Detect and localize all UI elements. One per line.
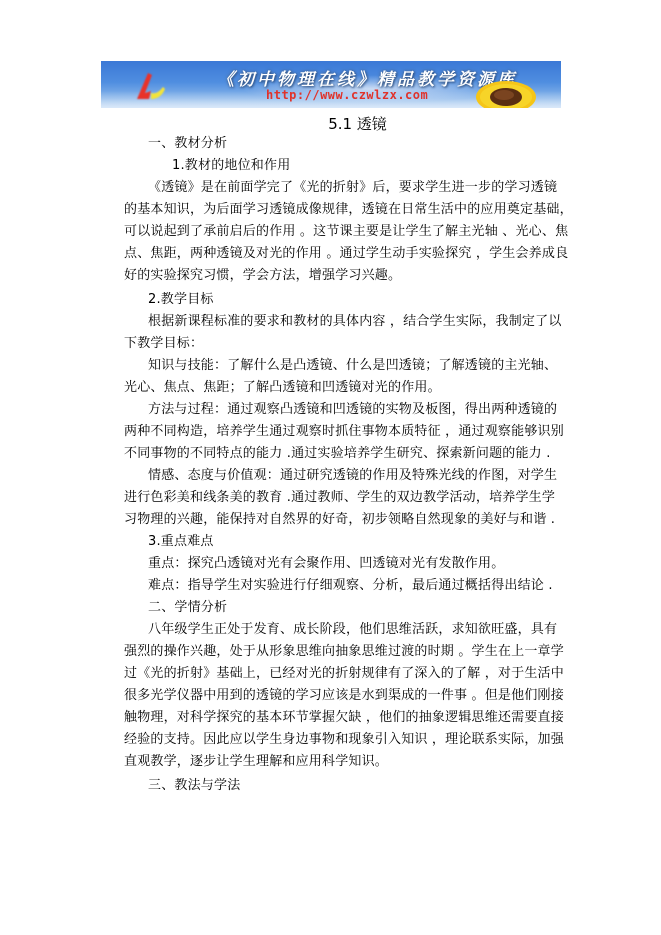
paragraph-line: 触物理，对科学探究的基本环节掌握欠缺 ，他们的抽象逻辑思维还需要直接: [124, 710, 564, 726]
paragraph-line: 习物理的兴趣，能保持对自然界的好奇，初步领略自然现象的美好与和谐 .: [124, 512, 555, 528]
paragraph-line: 重点：探究凸透镜对光有会聚作用、凹透镜对光有发散作用。: [148, 556, 504, 572]
paragraph-line: 知识与技能：了解什么是凸透镜、什么是凹透镜；了解透镜的主光轴、: [148, 358, 557, 374]
subsection-heading: 3.重点难点: [148, 534, 214, 550]
paragraph-line: 《透镜》是在前面学完了《光的折射》后，要求学生进一步的学习透镜: [148, 180, 557, 196]
paragraph-line: 下教学目标：: [124, 336, 203, 352]
banner-url: http://www.czwlzx.com: [266, 88, 428, 102]
paragraph-line: 好的实验探究习惯，学会方法，增强学习兴趣。: [124, 268, 401, 284]
section-heading: 三、教法与学法: [148, 778, 240, 794]
paragraph-line: 情感、态度与价值观：通过研究透镜的作用及特殊光线的作图，对学生: [148, 468, 557, 484]
paragraph-line: 的基本知识，为后面学习透镜成像规律，透镜在日常生活中的应用奠定基础，: [124, 202, 573, 218]
paragraph-line: 进行色彩美和线条美的教育 .通过教师、学生的双边教学活动，培养学生学: [124, 490, 555, 506]
site-logo-icon: [133, 71, 169, 103]
subsection-heading: 2.教学目标: [148, 292, 214, 308]
section-heading: 一、教材分析: [148, 136, 227, 152]
paragraph-line: 过《光的折射》基础上，已经对光的折射规律有了深入的了解 ，对于生活中: [124, 666, 564, 682]
paragraph-line: 强烈的操作兴趣，处于从形象思维向抽象思维过渡的时期 。学生在上一章学: [124, 644, 564, 660]
subsection-heading: 1.教材的地位和作用: [172, 158, 290, 174]
paragraph-line: 直观教学，逐步让学生理解和应用科学知识。: [124, 754, 388, 770]
paragraph-line: 可以说起到了承前启后的作用 。这节课主要是让学生了解主光轴 、光心、焦: [124, 224, 568, 240]
sunflower-icon: [473, 75, 539, 108]
document-page: 《初中物理在线》精品教学资源库 http://www.czwlzx.com 5.…: [0, 0, 661, 935]
banner-title: 《初中物理在线》精品教学资源库: [217, 65, 517, 90]
section-heading: 二、学情分析: [148, 600, 227, 616]
paragraph-line: 经验的支持。因此应以学生身边事物和现象引入知识 ，理论联系实际，加强: [124, 732, 564, 748]
paragraph-line: 点、焦距，两种透镜及对光的作用 。通过学生动手实验探究 ，学生会养成良: [124, 246, 568, 262]
paragraph-line: 很多光学仪器中用到的透镜的学习应该是水到渠成的一件事 。但是他们刚接: [124, 688, 564, 704]
header-banner: 《初中物理在线》精品教学资源库 http://www.czwlzx.com: [101, 61, 561, 108]
paragraph-line: 难点：指导学生对实验进行仔细观察、分析，最后通过概括得出结论 .: [148, 578, 553, 594]
paragraph-line: 两种不同构造，培养学生通过观察时抓住事物本质特征 ，通过观察能够识别: [124, 424, 564, 440]
paragraph-line: 方法与过程：通过观察凸透镜和凹透镜的实物及板图，得出两种透镜的: [148, 402, 557, 418]
paragraph-line: 光心、焦点、焦距；了解凸透镜和凹透镜对光的作用。: [124, 380, 441, 396]
document-title: 5.1 透镜: [0, 114, 661, 134]
paragraph-line: 不同事物的不同特点的能力 .通过实验培养学生研究、探索新问题的能力 .: [124, 446, 551, 462]
paragraph-line: 根据新课程标准的要求和教材的具体内容 ，结合学生实际，我制定了以: [148, 314, 562, 330]
paragraph-line: 八年级学生正处于发育、成长阶段，他们思维活跃，求知欲旺盛，具有: [148, 622, 557, 638]
